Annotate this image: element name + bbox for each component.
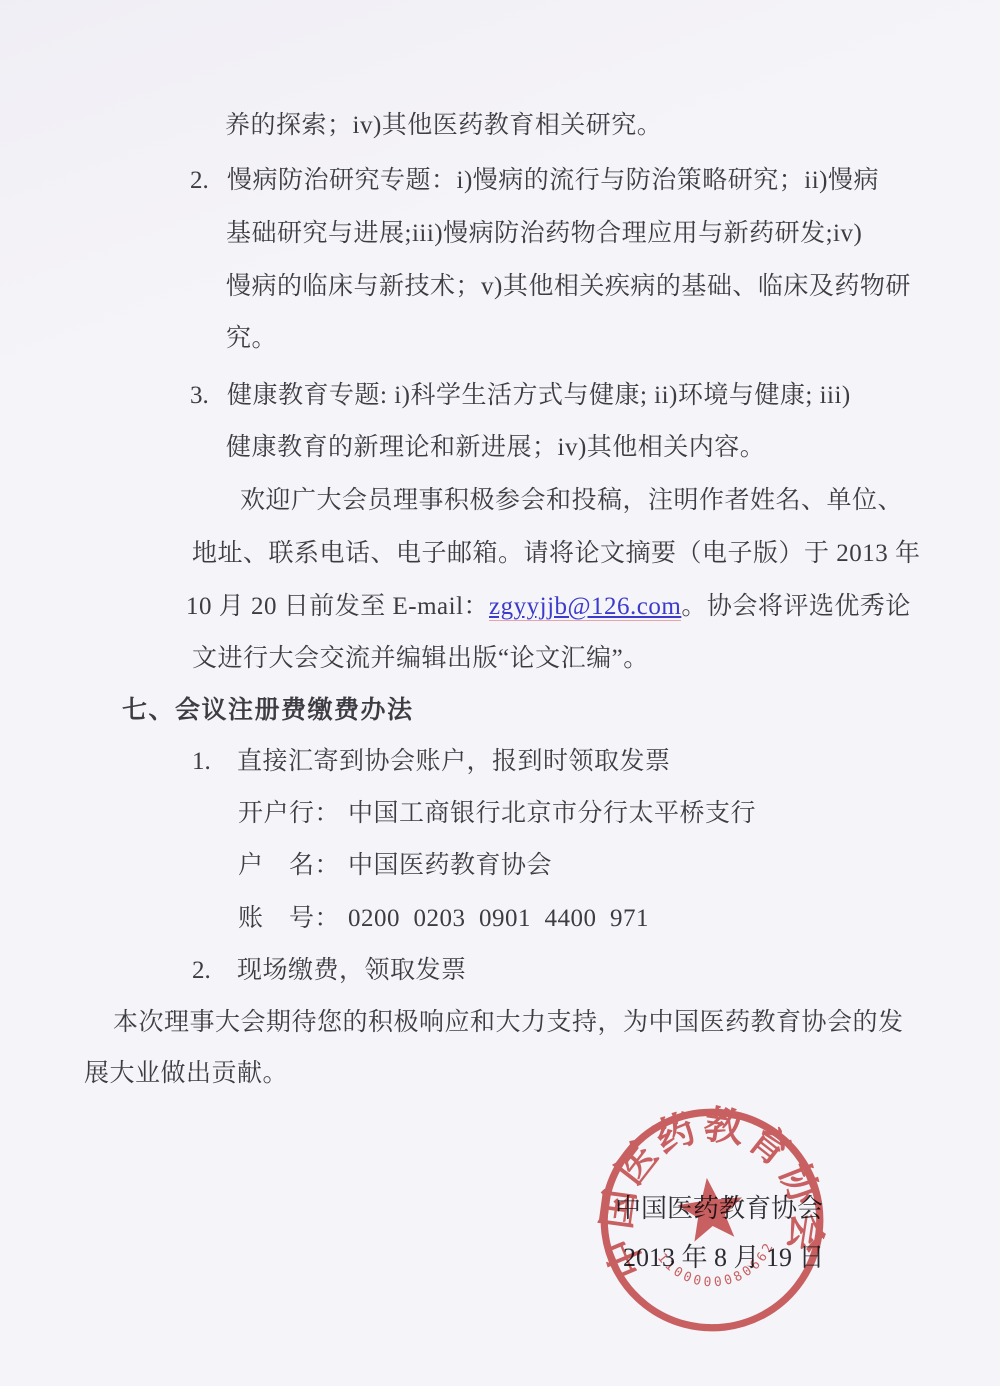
account-number-line: 账 号：0200 0203 0901 4400 971	[238, 904, 649, 934]
signature-date: 2013 年 8 月 19 日	[623, 1243, 825, 1273]
account-number-value: 0200 0203 0901 4400 971	[348, 904, 649, 934]
topic3-marker: 3.	[190, 381, 209, 411]
topic2-line1: 慢病防治研究专题：i)慢病的流行与防治策略研究；ii)慢病	[227, 166, 879, 196]
closing-line1: 本次理事大会期待您的积极响应和大力支持，为中国医药教育协会的发	[113, 1008, 904, 1038]
welcome-line2: 地址、联系电话、电子邮箱。请将论文摘要（电子版）于 2013 年	[192, 539, 921, 569]
welcome-line4: 文进行大会交流并编辑出版“论文汇编”。	[192, 644, 649, 674]
signature-org: 中国医药教育协会	[615, 1194, 823, 1224]
topic2-line4: 究。	[226, 324, 277, 354]
submission-email-link[interactable]: zgyyjjb@126.com	[489, 593, 681, 621]
welcome-line3-prefix: 10 月 20 日前发至 E-mail：	[186, 593, 489, 620]
payment-item2-text: 现场缴费，领取发票	[237, 956, 467, 986]
account-name-line: 户 名：中国医药教育协会	[238, 851, 552, 881]
bank-branch-value: 中国工商银行北京市分行太平桥支行	[348, 799, 756, 829]
topic3-line1: 健康教育专题: i)科学生活方式与健康; ii)环境与健康; iii)	[227, 381, 851, 411]
section7-heading: 七、会议注册费缴费办法	[122, 696, 414, 726]
welcome-line3: 10 月 20 日前发至 E-mail：zgyyjjb@126.com。协会将评…	[186, 592, 911, 622]
bank-branch-line: 开户行：中国工商银行北京市分行太平桥支行	[238, 799, 756, 829]
payment-item1-marker: 1.	[192, 747, 211, 777]
topic2-marker: 2.	[190, 166, 209, 196]
closing-line2: 展大业做出贡献。	[84, 1059, 288, 1089]
scanned-notice-page: 养的探索；iv)其他医药教育相关研究。 2. 慢病防治研究专题：i)慢病的流行与…	[0, 0, 1000, 1386]
welcome-line3-suffix: 。协会将评选优秀论	[681, 593, 911, 620]
topic3-line2: 健康教育的新理论和新进展；iv)其他相关内容。	[226, 433, 765, 463]
account-name-value: 中国医药教育协会	[348, 851, 552, 881]
welcome-line1: 欢迎广大会员理事积极参会和投稿，注明作者姓名、单位、	[240, 486, 903, 516]
topic2-line2: 基础研究与进展;iii)慢病防治药物合理应用与新药研发;iv)	[226, 219, 862, 249]
payment-item2-marker: 2.	[192, 956, 211, 986]
payment-item1-text: 直接汇寄到协会账户，报到时领取发票	[237, 747, 671, 777]
bank-branch-label: 开户行：	[238, 799, 340, 829]
account-name-label: 户 名：	[238, 851, 340, 881]
account-number-label: 账 号：	[238, 904, 340, 934]
topic2-line3: 慢病的临床与新技术；v)其他相关疾病的基础、临床及药物研	[226, 272, 911, 302]
topic1-continuation-line: 养的探索；iv)其他医药教育相关研究。	[225, 111, 662, 141]
